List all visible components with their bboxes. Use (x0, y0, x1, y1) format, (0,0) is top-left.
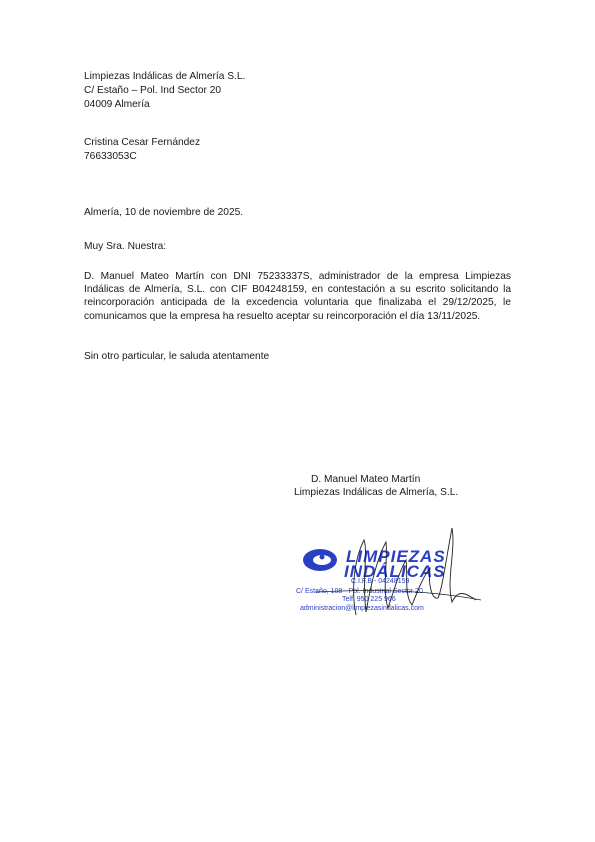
date-line: Almería, 10 de noviembre de 2025. (84, 206, 243, 219)
body-paragraph: D. Manuel Mateo Martín con DNI 75233337S… (84, 270, 511, 323)
closing: Sin otro particular, le saluda atentamen… (84, 350, 269, 363)
recipient-id: 76633053C (84, 150, 137, 163)
sender-company: Limpiezas Indálicas de Almería S.L. (84, 70, 245, 83)
sender-address: C/ Estaño – Pol. Ind Sector 20 (84, 84, 221, 97)
salutation: Muy Sra. Nuestra: (84, 240, 166, 253)
signature-name: D. Manuel Mateo Martín (311, 473, 420, 486)
sender-city: 04009 Almería (84, 98, 150, 111)
company-stamp: LIMPIEZAS INDÁLICAS C.I.F.B - 04248159 C… (296, 520, 486, 620)
recipient-name: Cristina Cesar Fernández (84, 136, 200, 149)
signature-company: Limpiezas Indálicas de Almería, S.L. (294, 486, 458, 499)
handwritten-signature-icon (296, 520, 486, 620)
